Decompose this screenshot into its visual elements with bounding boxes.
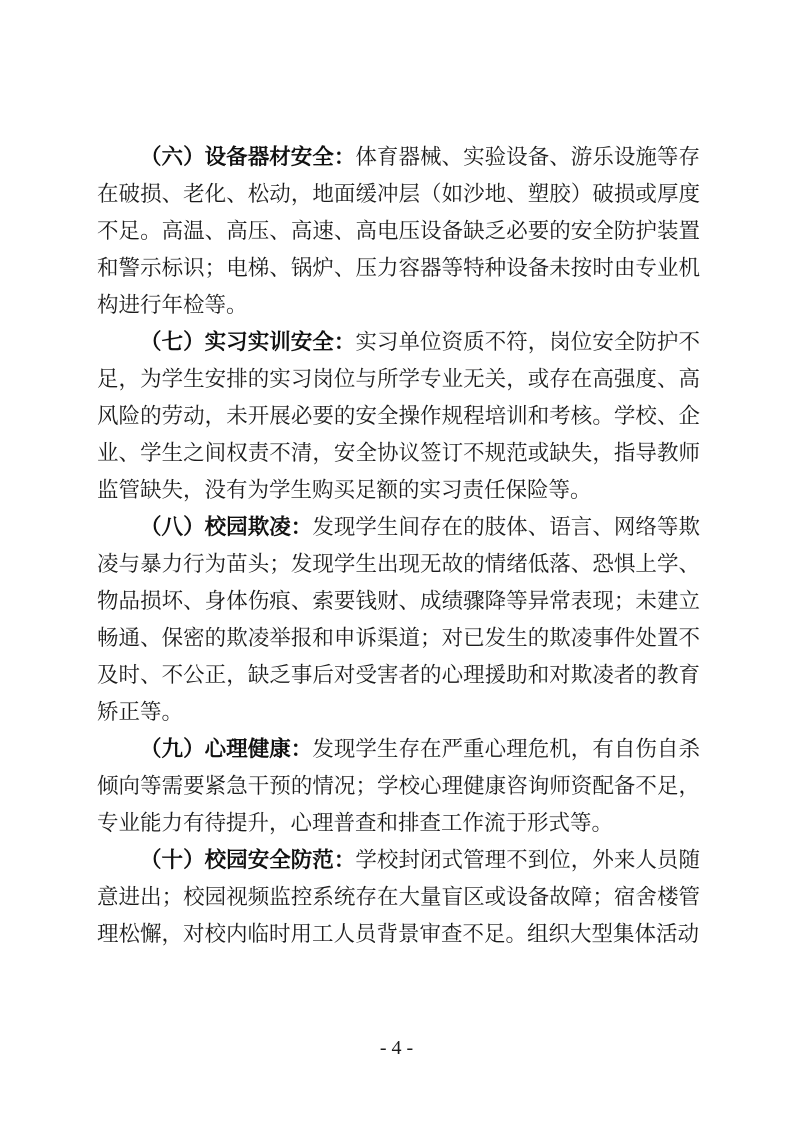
document-page: （六）设备器材安全：体育器械、实验设备、游乐设施等存在破损、老化、松动，地面缓冲… <box>0 0 793 1122</box>
section-heading-campus-bullying: （八）校园欺凌： <box>140 515 312 539</box>
paragraph-campus-security: （十）校园安全防范：学校封闭式管理不到位，外来人员随意进出；校园视频监控系统存在… <box>97 842 700 953</box>
section-heading-equipment-safety: （六）设备器材安全： <box>140 145 355 169</box>
page-number: - 4 - <box>0 1036 793 1060</box>
section-heading-campus-security: （十）校园安全防范： <box>140 848 355 872</box>
section-heading-internship-safety: （七）实习实训安全： <box>140 330 355 354</box>
paragraph-mental-health: （九）心理健康：发现学生存在严重心理危机，有自伤自杀倾向等需要紧急干预的情况；学… <box>97 731 700 842</box>
section-body-campus-bullying: 发现学生间存在的肢体、语言、网络等欺凌与暴力行为苗头；发现学生出现无故的情绪低落… <box>97 515 700 724</box>
paragraph-internship-safety: （七）实习实训安全：实习单位资质不符，岗位安全防护不足，为学生安排的实习岗位与所… <box>97 324 700 509</box>
section-body-equipment-safety: 体育器械、实验设备、游乐设施等存在破损、老化、松动，地面缓冲层（如沙地、塑胶）破… <box>97 145 700 317</box>
paragraph-equipment-safety: （六）设备器材安全：体育器械、实验设备、游乐设施等存在破损、老化、松动，地面缓冲… <box>97 139 700 324</box>
paragraph-campus-bullying: （八）校园欺凌：发现学生间存在的肢体、语言、网络等欺凌与暴力行为苗头；发现学生出… <box>97 509 700 731</box>
document-body: （六）设备器材安全：体育器械、实验设备、游乐设施等存在破损、老化、松动，地面缓冲… <box>97 139 700 953</box>
section-heading-mental-health: （九）心理健康： <box>140 737 312 761</box>
section-body-internship-safety: 实习单位资质不符，岗位安全防护不足，为学生安排的实习岗位与所学专业无关，或存在高… <box>97 330 700 502</box>
